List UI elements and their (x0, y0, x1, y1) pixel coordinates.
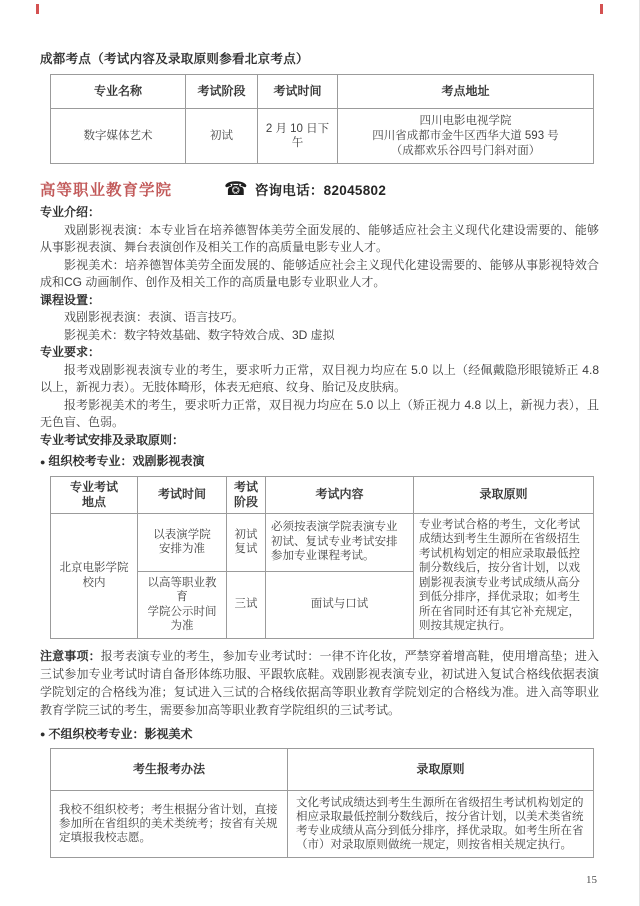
cell-major: 数字媒体艺术 (51, 109, 186, 164)
address-line: （成都欢乐谷四号门斜对面） (343, 144, 588, 159)
col-header-time: 考试时间 (138, 476, 227, 513)
col-header-admission: 录取原则 (288, 749, 594, 791)
telephone-icon: ☎ (224, 180, 248, 199)
cell-stage: 初试 复试 (227, 513, 266, 571)
col-header-admission: 录取原则 (414, 476, 594, 513)
table-header-row: 专业名称 考试阶段 考试时间 考点地址 (51, 75, 594, 109)
cell-time: 以表演学院 安排为准 (138, 513, 227, 571)
table-row: 数字媒体艺术 初试 2 月 10 日下午 四川电影电视学院 四川省成都市金牛区西… (51, 109, 594, 164)
notes-paragraph: 注意事项：报考表演专业的考生，参加专业考试时：一律不许化妆，严禁穿着增高鞋，使用… (40, 647, 599, 719)
chengdu-site-heading: 成都考点（考试内容及录取原则参看北京考点） (40, 49, 599, 67)
courses-paragraph: 影视美术：数字特效基础、数字特效合成、3D 虚拟 (40, 327, 599, 345)
col-header-stage: 考试阶段 (186, 75, 258, 109)
campus-exam-bullet-line: ● 组织校考专业：戏剧影视表演 (40, 453, 599, 471)
red-crop-mark-left-icon (36, 4, 39, 14)
col-header-method: 考生报考办法 (51, 749, 288, 791)
cell-stage: 三试 (227, 571, 266, 638)
no-campus-exam-label: 不组织校考专业：影视美术 (48, 726, 192, 744)
table-row: 我校不组织校考；考生根据分省计划，直接参加所在省组织的美术类统考；按省有关规定填… (51, 791, 594, 858)
intro-label: 专业介绍： (40, 204, 599, 222)
section-header: 高等职业教育学院 ☎ 咨询电话：82045802 (40, 178, 599, 200)
red-crop-mark-right-icon (600, 4, 603, 14)
col-header-address: 考点地址 (338, 75, 594, 109)
cell-principle: 文化考试成绩达到考生生源所在省级招生考试机构划定的相应录取最低控制分数线后，按分… (288, 791, 594, 858)
campus-exam-label: 组织校考专业：戏剧影视表演 (48, 453, 204, 471)
campus-exam-table: 专业考试 地点 考试时间 考试 阶段 考试内容 录取原则 北京电影学院 校内 以… (50, 476, 594, 639)
cell-time: 2 月 10 日下午 (258, 109, 338, 164)
courses-label: 课程设置： (40, 292, 599, 310)
exam-plan-label: 专业考试安排及录取原则： (40, 432, 599, 450)
cell-content: 面试与口试 (266, 571, 414, 638)
section-title: 高等职业教育学院 (40, 178, 172, 200)
bullet-icon: ● (40, 456, 45, 468)
col-header-stage: 考试 阶段 (227, 476, 266, 513)
notes-label: 注意事项： (40, 649, 101, 663)
address-line: 四川省成都市金牛区西华大道 593 号 (343, 129, 588, 144)
phone-info: ☎ 咨询电话：82045802 (224, 179, 386, 199)
requirements-label: 专业要求： (40, 344, 599, 362)
cell-location: 北京电影学院 校内 (51, 513, 138, 638)
intro-paragraph: 影视美术：培养德智体美劳全面发展的、能够适应社会主义现代化建设需要的、能够从事影… (40, 257, 599, 292)
requirements-paragraph: 报考影视美术的考生，要求听力正常，双目视力均应在 5.0 以上（矫正视力 4.8… (40, 397, 599, 432)
table-header-row: 考生报考办法 录取原则 (51, 749, 594, 791)
col-header-content: 考试内容 (266, 476, 414, 513)
cell-method: 我校不组织校考；考生根据分省计划，直接参加所在省组织的美术类统考；按省有关规定填… (51, 791, 288, 858)
notes-text: 报考表演专业的考生，参加专业考试时：一律不许化妆，严禁穿着增高鞋，使用增高垫；进… (40, 649, 599, 717)
no-campus-exam-bullet-line: ● 不组织校考专业：影视美术 (40, 726, 599, 744)
document-page: 成都考点（考试内容及录取原则参看北京考点） 专业名称 考试阶段 考试时间 考点地… (0, 0, 640, 906)
cell-admission: 专业考试合格的考生，文化考试成绩达到考生生源所在省级招生考试机构划定的相应录取最… (414, 513, 594, 638)
col-header-time: 考试时间 (258, 75, 338, 109)
cell-content: 必须按表演学院表演专业初试、复试专业考试安排参加专业课程考试。 (266, 513, 414, 571)
cell-stage: 初试 (186, 109, 258, 164)
table-header-row: 专业考试 地点 考试时间 考试 阶段 考试内容 录取原则 (51, 476, 594, 513)
section-body: 专业介绍： 戏剧影视表演：本专业旨在培养德智体美劳全面发展的、能够适应社会主义现… (40, 204, 599, 449)
courses-paragraph: 戏剧影视表演：表演、语言技巧。 (40, 309, 599, 327)
requirements-paragraph: 报考戏剧影视表演专业的考生，要求听力正常，双目视力均应在 5.0 以上（经佩戴隐… (40, 362, 599, 397)
no-campus-exam-table: 考生报考办法 录取原则 我校不组织校考；考生根据分省计划，直接参加所在省组织的美… (50, 748, 594, 858)
phone-number-text: 咨询电话：82045802 (255, 179, 386, 199)
table-row: 北京电影学院 校内 以表演学院 安排为准 初试 复试 必须按表演学院表演专业初试… (51, 513, 594, 571)
cell-address: 四川电影电视学院 四川省成都市金牛区西华大道 593 号 （成都欢乐谷四号门斜对… (338, 109, 594, 164)
chengdu-exam-table: 专业名称 考试阶段 考试时间 考点地址 数字媒体艺术 初试 2 月 10 日下午… (50, 74, 594, 164)
page-number: 15 (40, 874, 599, 886)
bullet-icon: ● (40, 728, 45, 740)
col-header-location: 专业考试 地点 (51, 476, 138, 513)
intro-paragraph: 戏剧影视表演：本专业旨在培养德智体美劳全面发展的、能够适应社会主义现代化建设需要… (40, 222, 599, 257)
col-header-major: 专业名称 (51, 75, 186, 109)
address-line: 四川电影电视学院 (343, 114, 588, 129)
cell-time: 以高等职业教育 学院公示时间 为准 (138, 571, 227, 638)
